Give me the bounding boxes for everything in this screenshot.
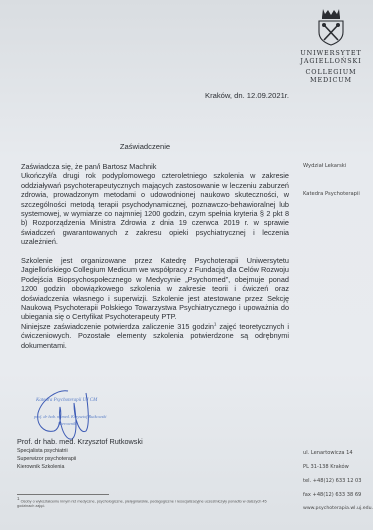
address-fax: fax +48(12) 633 38 69 bbox=[303, 492, 361, 498]
signer-role: Specjalista psychiatrii bbox=[17, 448, 68, 454]
footnote-text: Osoby o wykształceniu innym niż medyczne… bbox=[17, 499, 267, 508]
footnote-divider bbox=[17, 494, 109, 495]
faculty-label: Wydział Lekarski bbox=[303, 163, 346, 169]
university-logo: UNIWERSYTET JAGIELLOŃSKI COLLEGIUM MEDIC… bbox=[296, 6, 366, 84]
footnote: 1 Osoby o wykształceniu innym niż medycz… bbox=[17, 499, 282, 509]
certificate-page: UNIWERSYTET JAGIELLOŃSKI COLLEGIUM MEDIC… bbox=[0, 0, 373, 530]
issue-date: Kraków, dn. 12.09.2021r. bbox=[205, 91, 289, 100]
handwritten-signature-icon bbox=[28, 385, 98, 445]
department-label: Katedra Psychoterapii bbox=[303, 191, 360, 197]
collegium-name: COLLEGIUM MEDICUM bbox=[296, 68, 366, 84]
paragraph-hours: Niniejsze zaświadczenie potwierdza zalic… bbox=[21, 322, 289, 350]
signer-role: Superwizor psychoterapii bbox=[17, 456, 76, 462]
document-body: Zaświadcza się, że pan/i Bartosz Machnik… bbox=[21, 162, 289, 350]
paragraph-completion: Ukończył/a drugi rok podyplomowego czter… bbox=[21, 171, 289, 246]
address-street: ul. Lenartowicza 14 bbox=[303, 450, 353, 456]
university-name: UNIWERSYTET JAGIELLOŃSKI bbox=[296, 49, 366, 65]
signer-name: Prof. dr hab. med. Krzysztof Rutkowski bbox=[17, 437, 143, 446]
signer-role: Kierownik Szkolenia bbox=[17, 464, 64, 470]
document-title: Zaświadczenie bbox=[0, 142, 290, 151]
paragraph-organization: Szkolenie jest organizowane przez Katedr… bbox=[21, 256, 289, 322]
address-website[interactable]: www.psychoterapia.wl.uj.edu.pl bbox=[303, 506, 373, 511]
jagiellonian-crest-icon bbox=[314, 6, 348, 46]
address-postal: PL 31-138 Kraków bbox=[303, 464, 349, 470]
address-phone: tel. +48(12) 633 12 03 bbox=[303, 478, 362, 484]
footnote-marker: 1 bbox=[17, 496, 20, 501]
recipient-line: Zaświadcza się, że pan/i Bartosz Machnik bbox=[21, 162, 289, 171]
